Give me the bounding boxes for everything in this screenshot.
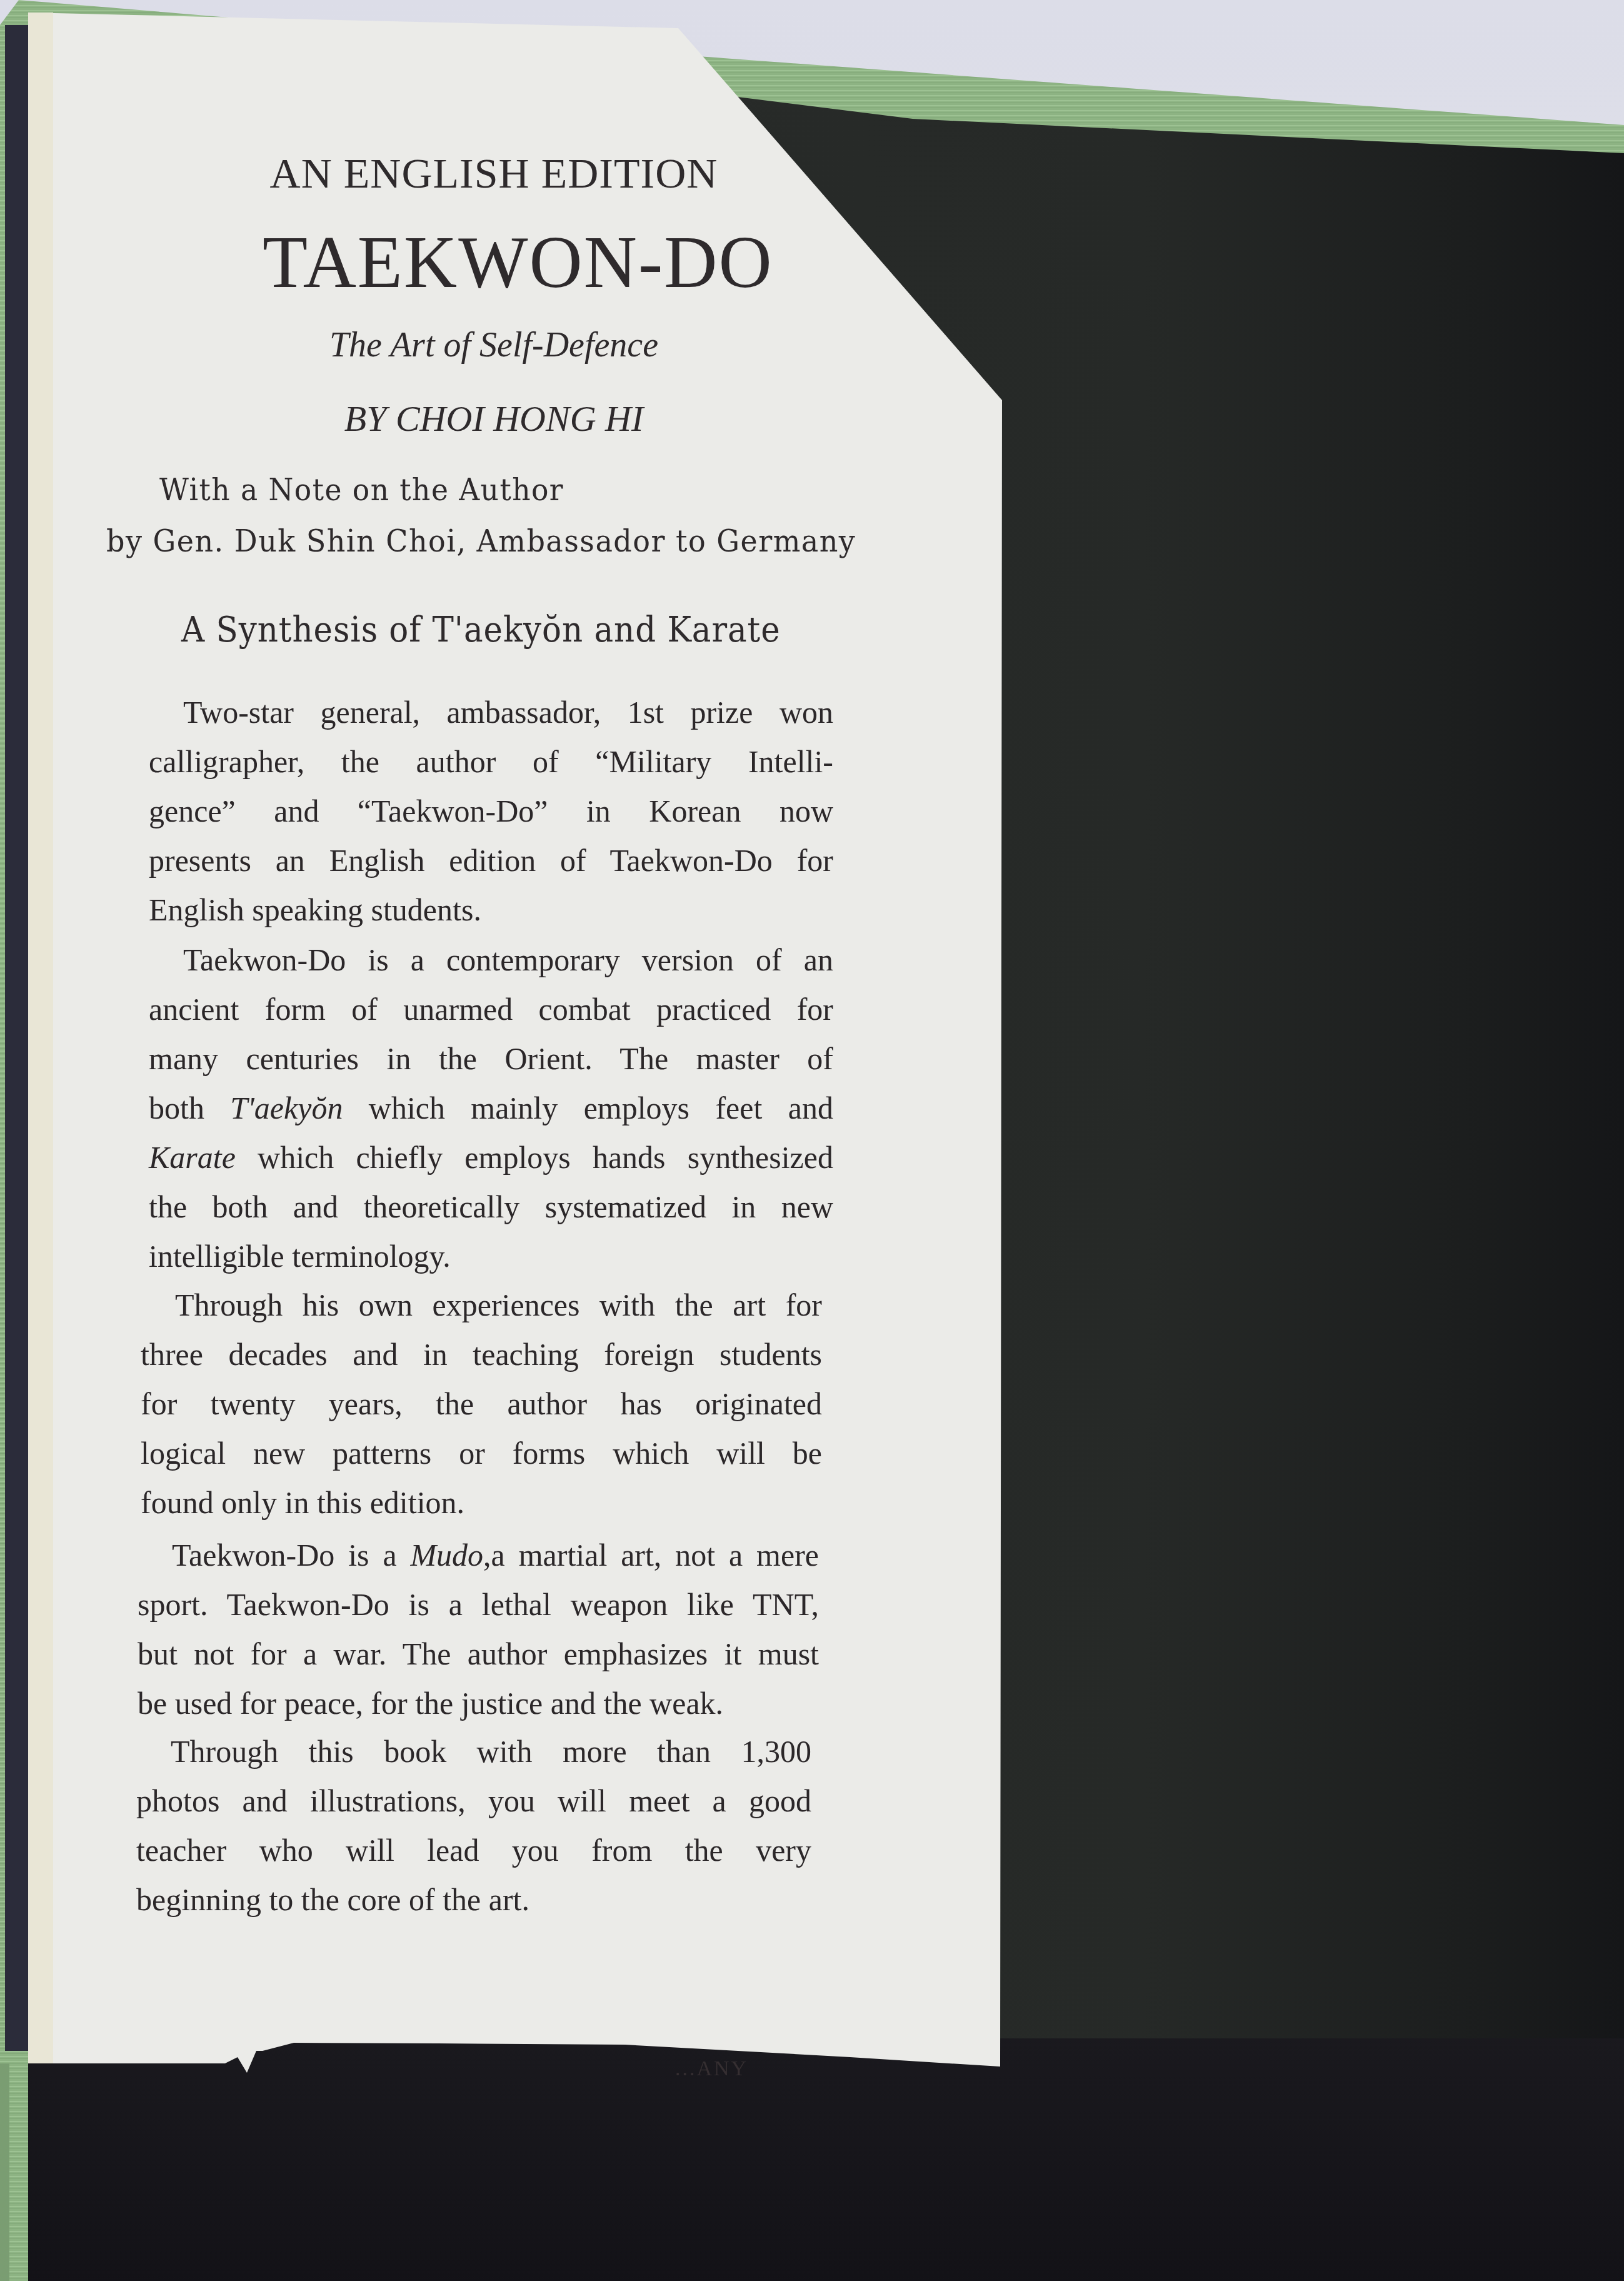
text-line: for twenty years, the author has origina… xyxy=(141,1379,822,1429)
book-author: BY CHOI HONG HI xyxy=(300,398,688,440)
paragraph-1: Two-star general, ambassador, 1st prize … xyxy=(149,688,833,935)
paragraph-5: Through this book with more than 1,300ph… xyxy=(136,1727,811,1925)
text-line: calligrapher, the author of “Military In… xyxy=(149,737,833,787)
dust-jacket-text: AN ENGLISH EDITION TAEKWON-DO The Art of… xyxy=(0,0,1624,2281)
book-title: TAEKWON-DO xyxy=(263,220,725,305)
text-line: many centuries in the Orient. The master… xyxy=(149,1034,833,1084)
text-line: Taekwon-Do is a Mudo,a martial art, not … xyxy=(138,1531,819,1580)
book-subtitle: The Art of Self-Defence xyxy=(275,325,713,365)
text-line: found only in this edition. xyxy=(141,1478,822,1528)
text-line: both T'aekyŏn which mainly employs feet … xyxy=(149,1084,833,1133)
text-line: intelligible terminology. xyxy=(149,1232,833,1281)
text-line: presents an English edition of Taekwon-D… xyxy=(149,836,833,885)
text-line: the both and theoretically systematized … xyxy=(149,1182,833,1232)
text-line: Through his own experiences with the art… xyxy=(141,1281,822,1330)
author-note-line-2: by Gen. Duk Shin Choi, Ambassador to Ger… xyxy=(106,524,856,559)
text-line: three decades and in teaching foreign st… xyxy=(141,1330,822,1379)
text-line: photos and illustrations, you will meet … xyxy=(136,1776,811,1826)
text-line: Taekwon-Do is a contemporary version of … xyxy=(149,935,833,985)
tagline: A Synthesis of T'aekyŏn and Karate xyxy=(181,610,781,650)
text-line: logical new patterns or forms which will… xyxy=(141,1429,822,1478)
text-line: English speaking students. xyxy=(149,885,833,935)
text-line: gence” and “Taekwon-Do” in Korean now xyxy=(149,787,833,836)
text-line: teacher who will lead you from the very xyxy=(136,1826,811,1875)
paragraph-4: Taekwon-Do is a Mudo,a martial art, not … xyxy=(138,1531,819,1728)
author-note-line-1: With a Note on the Author xyxy=(159,473,564,508)
text-line: Two-star general, ambassador, 1st prize … xyxy=(149,688,833,737)
paragraph-3: Through his own experiences with the art… xyxy=(141,1281,822,1528)
text-line: be used for peace, for the justice and t… xyxy=(138,1679,819,1728)
text-line: but not for a war. The author emphasizes… xyxy=(138,1629,819,1679)
text-line: beginning to the core of the art. xyxy=(136,1875,811,1925)
cut-off-text: ...ANY xyxy=(675,2057,748,2081)
text-line: ancient form of unarmed combat practiced… xyxy=(149,985,833,1034)
edition-label: AN ENGLISH EDITION xyxy=(263,149,725,198)
text-line: Through this book with more than 1,300 xyxy=(136,1727,811,1776)
paragraph-2: Taekwon-Do is a contemporary version of … xyxy=(149,935,833,1281)
text-line: Karate which chiefly employs hands synth… xyxy=(149,1133,833,1182)
text-line: sport. Taekwon-Do is a lethal weapon lik… xyxy=(138,1580,819,1629)
